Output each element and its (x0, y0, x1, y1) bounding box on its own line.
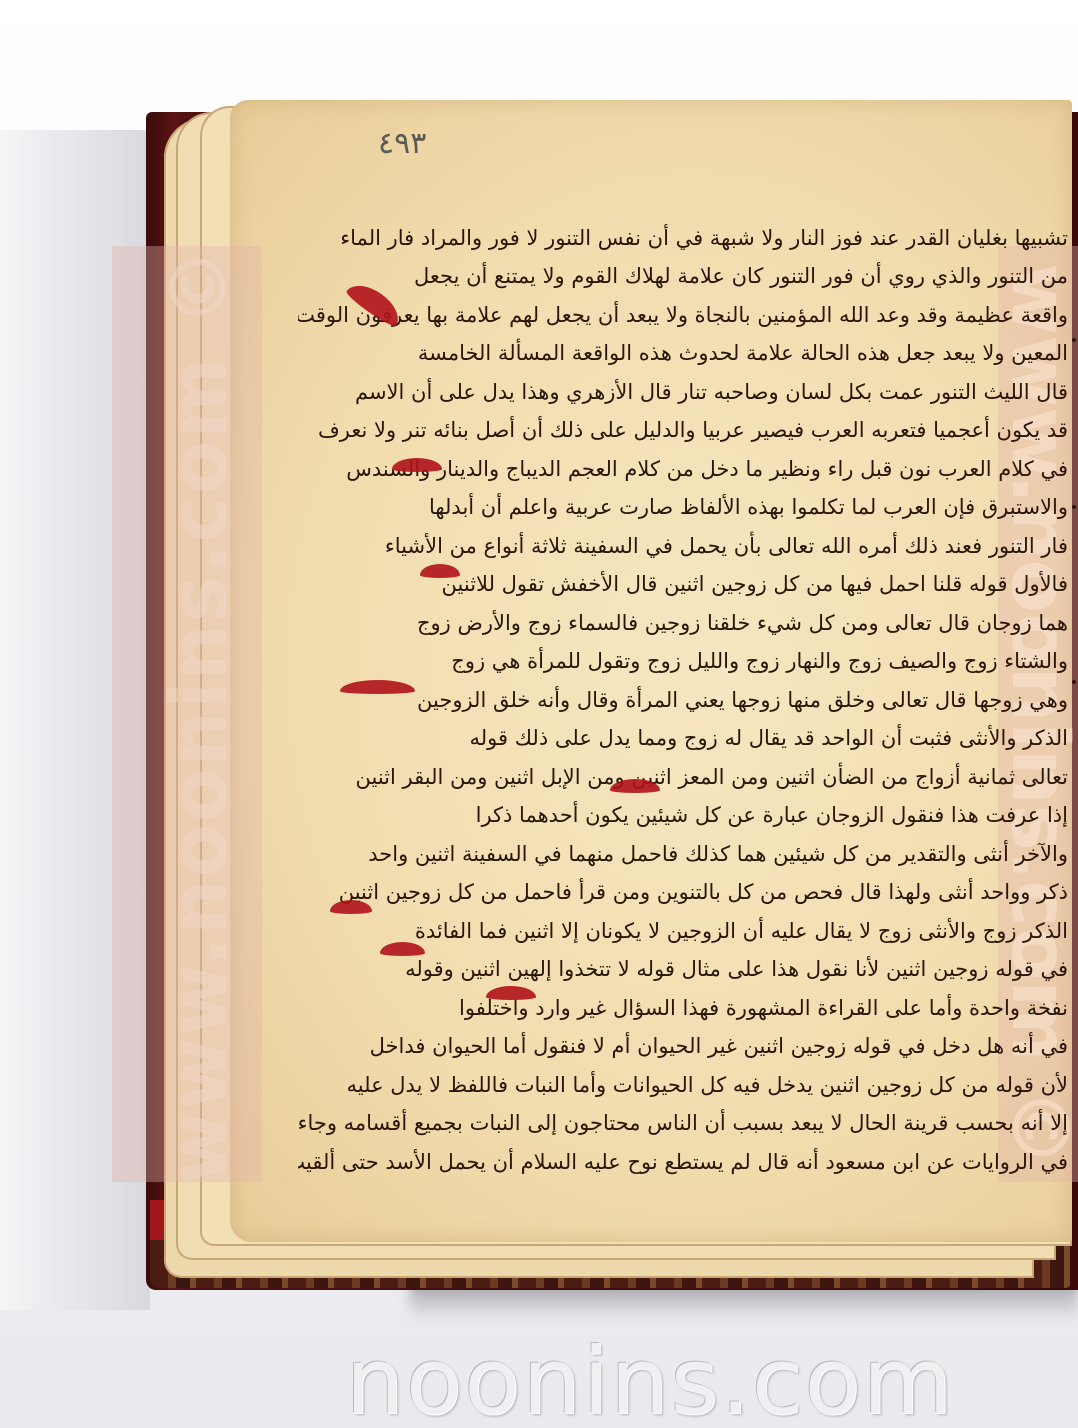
text-line: وهي زوجها قال تعالى وخلق منها زوجها يعني… (298, 681, 1068, 720)
text-line: قال الليث التنور عمت بكل لسان وصاحبه تنا… (298, 373, 1068, 412)
text-line: فار التنور فعند ذلك أمره الله تعالى بأن … (298, 527, 1068, 566)
text-line: واقعة عظيمة وقد وعد الله المؤمنين بالنجا… (298, 296, 1068, 335)
text-line: نفخة واحدة وأما على القراءة المشهورة فهذ… (298, 989, 1068, 1028)
text-line: من التنور والذي روي أن فور التنور كان عل… (298, 257, 1068, 296)
text-line: إلا أنه بحسب قرينة الحال لا يبعد بسبب أن… (298, 1104, 1068, 1143)
text-line: هما زوجان قال تعالى ومن كل شيء خلقنا زوج… (298, 604, 1068, 643)
text-line: إذا عرفت هذا فنقول الزوجان عبارة عن كل ش… (298, 796, 1068, 835)
text-line: في أنه هل دخل في قوله زوجين اثنين غير ال… (298, 1027, 1068, 1066)
margin-mark (1072, 680, 1076, 684)
watermark-text: www.noonins.com © (155, 246, 245, 1184)
text-line: فالأول قوله قلنا احمل فيها من كل زوجين ا… (298, 565, 1068, 604)
margin-mark (1072, 338, 1076, 342)
text-line: تشبيها بغليان القدر عند فوز النار ولا شب… (298, 219, 1068, 258)
text-line: المعين ولا يبعد جعل هذه الحالة علامة لحد… (298, 334, 1068, 373)
text-line: في قوله زوجين اثنين لأنا نقول هذا على مث… (298, 950, 1068, 989)
manuscript-text: لمثلها بيكه يخر ومحدولوم الماء في الأرض … (298, 180, 1068, 1181)
watermark-vertical-left: www.noonins.com © (150, 250, 250, 1180)
text-line: لأن قوله من كل زوجين اثنين يدخل فيه كل ا… (298, 1066, 1068, 1105)
folio-number: ٤٩٣ (378, 126, 426, 161)
text-line: والاستبرق فإن العرب لما تكلموا بهذه الأل… (298, 488, 1068, 527)
text-line: ذكر وواحد أنثى ولهذا قال فحص من كل بالتن… (298, 873, 1068, 912)
text-line: قد يكون أعجميا فتعربه العرب فيصير عربيا … (298, 411, 1068, 450)
text-line: والشتاء زوج والصيف زوج والنهار زوج واللي… (298, 642, 1068, 681)
text-line: تعالى ثمانية أزواج من الضأن اثنين ومن ال… (298, 758, 1068, 797)
text-line: في الروايات عن ابن مسعود أنه قال لم يستط… (298, 1143, 1068, 1182)
margin-mark (1072, 505, 1076, 509)
text-line: الذكر والأنثى فثبت أن الواحد قد يقال له … (298, 719, 1068, 758)
text-line: والآخر أنثى والتقدير من كل شيئين هما كذل… (298, 835, 1068, 874)
watermark-bottom: noonins.com (300, 1328, 1000, 1428)
